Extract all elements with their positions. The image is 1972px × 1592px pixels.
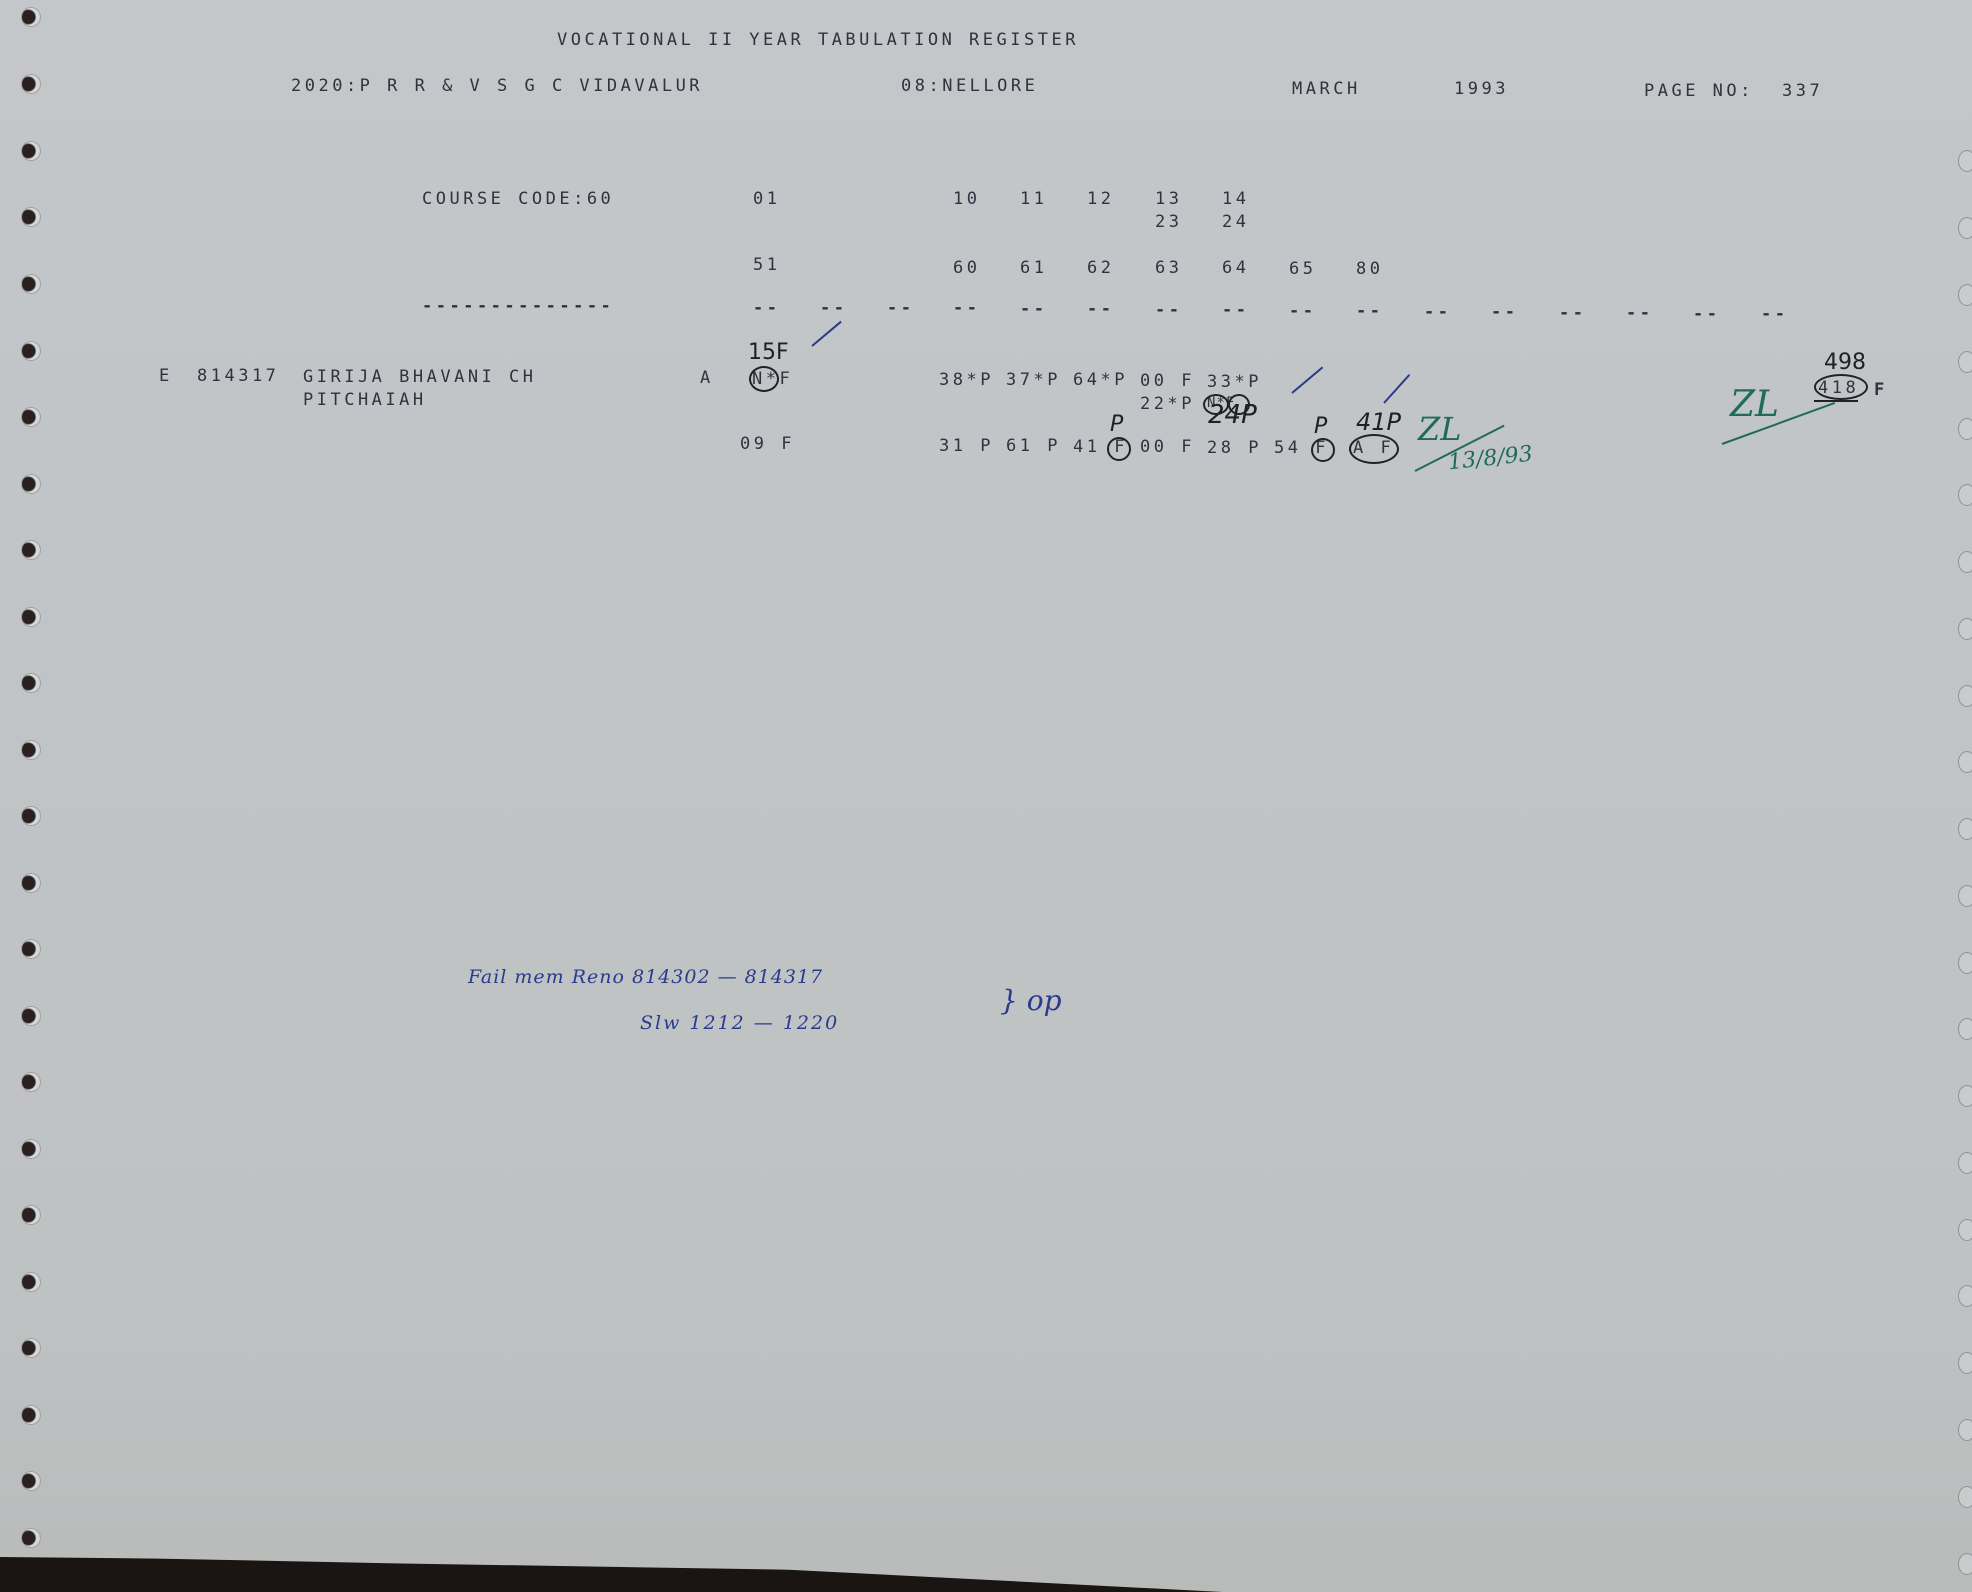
note-brace: } op [1000,984,1062,1017]
hall-ticket-number: 814317 [197,366,279,386]
feed-hole [21,1072,41,1092]
subject-code: 62 [1087,258,1114,278]
subject-code: 63 [1155,258,1182,278]
feed-hole [1958,1486,1972,1508]
page-label: PAGE NO: [1644,81,1754,101]
mark: 61 P [1006,436,1061,456]
correction-col12b: P [1110,412,1123,437]
feed-hole [1958,484,1972,506]
feed-hole [21,540,41,560]
serial-range-note: Slw 1212 — 1220 [640,1012,839,1034]
column-dash: -- [887,298,914,318]
column-dash: -- [1289,301,1316,321]
feed-hole [1958,1553,1972,1575]
subject-code: 10 [953,189,980,209]
feed-hole [1958,284,1972,306]
tick-mark [1383,374,1410,404]
total-underline [1814,400,1858,402]
correction-col01: 15F [748,340,789,365]
feed-hole [21,939,41,959]
district: 08:NELLORE [901,76,1038,96]
column-dash: -- [1559,303,1586,323]
sub-mark: 22*P [1140,394,1195,414]
feed-hole [21,740,41,760]
feed-hole [21,207,41,227]
feed-hole [21,1272,41,1292]
feed-hole [21,607,41,627]
father-name: PITCHAIAH [303,390,427,410]
exam-year: 1993 [1454,79,1509,99]
subject-code: 64 [1222,258,1249,278]
student-name: GIRIJA BHAVANI CH [303,367,537,387]
correction-col65: P [1314,414,1327,439]
student-category: E [159,366,173,386]
feed-hole [1958,1219,1972,1241]
subject-code: 01 [753,189,780,209]
feed-hole [21,341,41,361]
circled-total [1814,374,1868,400]
subject-code: 12 [1087,189,1114,209]
feed-hole [21,1471,41,1491]
verifier-initials: ZL [1418,410,1461,448]
mark: 37*P [1006,370,1061,390]
column-dash: -- [1356,301,1383,321]
tick-mark [1291,367,1323,394]
correction-col14b: 24P [1208,400,1257,430]
college-name: 2020:P R R & V S G C VIDAVALUR [291,76,703,96]
feed-hole [21,806,41,826]
page-number: 337 [1782,81,1823,101]
feed-hole [1958,1152,1972,1174]
feed-hole [21,474,41,494]
feed-hole [1958,1018,1972,1040]
register-title: VOCATIONAL II YEAR TABULATION REGISTER [557,30,1079,50]
subject-code: 80 [1356,259,1383,279]
feed-hole [1958,885,1972,907]
column-dash: -- [1693,304,1720,324]
mark: 33*P [1207,372,1262,392]
subject-code: 60 [953,258,980,278]
tick-mark [811,321,841,347]
column-dash: -- [1424,302,1451,322]
column-dash: -- [1020,299,1047,319]
column-dash: -- [1761,304,1788,324]
column-dash: -- [753,298,780,318]
exam-month: MARCH [1292,79,1361,99]
column-dash: -- [820,298,847,318]
feed-hole [21,74,41,94]
feed-hole [21,274,41,294]
subject-code: 11 [1020,189,1047,209]
course-code-label: COURSE CODE:60 [422,189,614,209]
verifier-initials-right: ZL [1730,384,1779,425]
mark: 00 F [1140,371,1195,391]
feed-hole [21,873,41,893]
feed-hole [1958,618,1972,640]
mark: 00 F [1140,437,1195,457]
failure-memo-note: Fail mem Reno 814302 — 814317 [468,966,823,988]
feed-hole [1958,1352,1972,1374]
feed-hole [1958,1285,1972,1307]
feed-hole [1958,351,1972,373]
column-dash: -- [1155,300,1182,320]
medium: A [700,368,714,388]
feed-hole [21,141,41,161]
feed-hole [21,1528,41,1548]
subject-code: 23 [1155,212,1182,232]
subject-code: 14 [1222,189,1249,209]
subject-code: 65 [1289,259,1316,279]
mark: 64*P [1073,370,1128,390]
mark-col51: 09 F [740,434,795,454]
mark: 28 P [1207,438,1262,458]
feed-hole [1958,1419,1972,1441]
column-dash: -- [1087,299,1114,319]
subject-code: 61 [1020,258,1047,278]
correction-col80: 41P [1356,408,1401,436]
feed-hole [1958,418,1972,440]
feed-hole [1958,818,1972,840]
subject-code: 51 [753,255,780,275]
feed-hole [21,673,41,693]
circled-mark [1349,434,1399,464]
name-column-underline: -------------- [422,296,614,316]
feed-hole [1958,217,1972,239]
mark: 38*P [939,370,994,390]
feed-hole [1958,1085,1972,1107]
circled-mark [749,366,779,392]
feed-hole [21,407,41,427]
mark: 31 P [939,436,994,456]
corrected-total: 498 [1824,350,1866,375]
feed-hole [21,1205,41,1225]
feed-hole [1958,751,1972,773]
feed-hole [21,7,41,27]
feed-hole [21,1405,41,1425]
feed-hole [1958,150,1972,172]
subject-code: 13 [1155,189,1182,209]
column-dash: -- [953,298,980,318]
circled-mark [1311,438,1335,462]
feed-hole [21,1006,41,1026]
feed-hole [1958,551,1972,573]
column-dash: -- [1222,300,1249,320]
tabulation-register-sheet: VOCATIONAL II YEAR TABULATION REGISTER 2… [0,0,1972,1592]
feed-hole [1958,952,1972,974]
column-dash: -- [1626,303,1653,323]
column-dash: -- [1491,302,1518,322]
feed-hole [1958,685,1972,707]
feed-hole [21,1139,41,1159]
feed-hole [21,1338,41,1358]
circled-mark [1107,437,1131,461]
subject-code: 24 [1222,212,1249,232]
final-result: F [1874,380,1888,400]
